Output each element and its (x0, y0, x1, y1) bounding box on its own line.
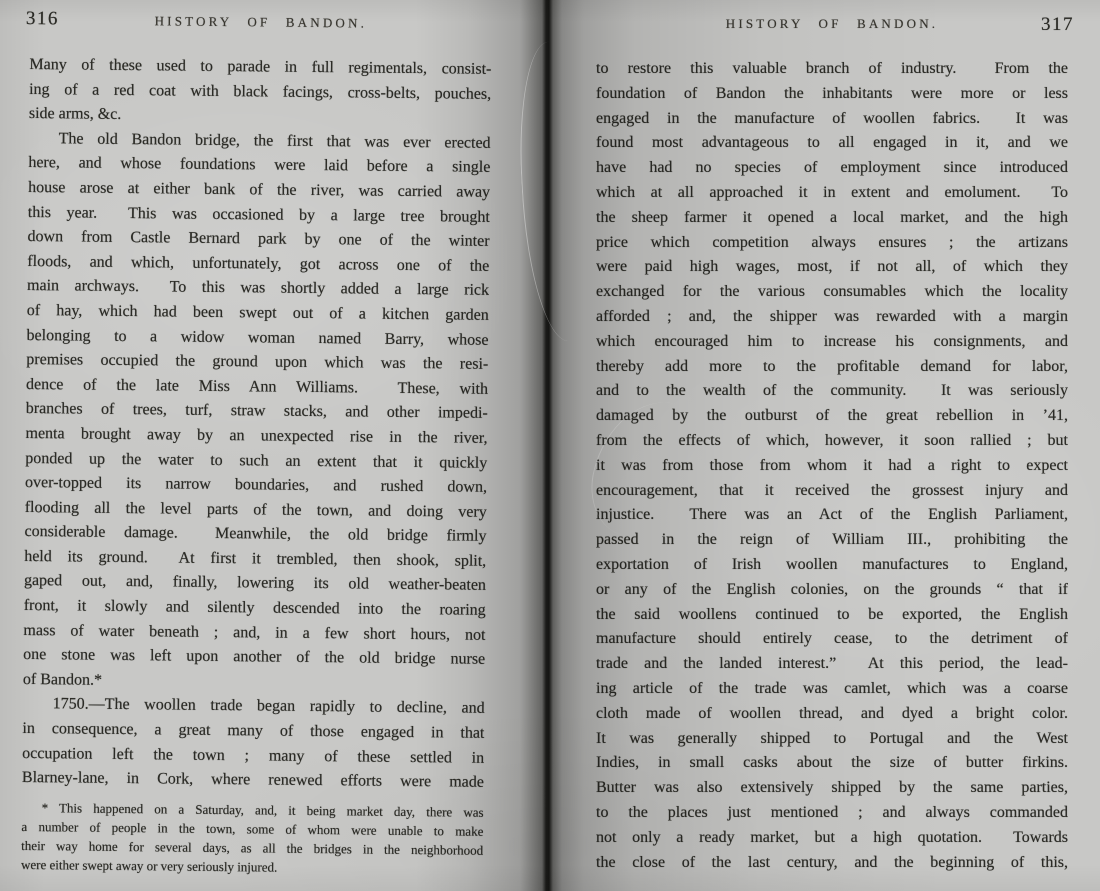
text-line: which encouraged him to increase his con… (596, 330, 1068, 355)
text-line: and to the wealth of the community. It w… (596, 379, 1068, 404)
text-line: passed in the reign of William III., pro… (596, 528, 1068, 553)
text-line: the close of the last century, and the b… (596, 851, 1068, 876)
text-line: to restore this valuable branch of indus… (596, 57, 1068, 82)
right-running-header-title: HISTORY OF BANDON. (596, 12, 1068, 32)
book-scan: 316 HISTORY OF BANDON. Many of these use… (0, 0, 1100, 891)
left-page-body: Many of these used to parade in full reg… (22, 53, 492, 796)
left-page-footnote: * This happened on a Saturday, and, it b… (21, 798, 484, 879)
text-line: the sheep farmer it opened a local marke… (596, 206, 1068, 231)
text-line: engaged in the manufacture of woollen fa… (596, 107, 1068, 132)
text-line: exportation of Irish woollen manufacture… (596, 553, 1068, 578)
text-line: foundation of Bandon the inhabitants wer… (596, 82, 1068, 107)
text-line: from the effects of which, however, it s… (596, 429, 1068, 454)
text-line: to the places just mentioned ; and alway… (596, 801, 1068, 826)
text-line: were paid high wages, most, if not all, … (596, 255, 1068, 280)
text-line: the said woollens continued to be export… (596, 603, 1068, 628)
right-page: HISTORY OF BANDON. 317 to restore this v… (596, 12, 1068, 875)
left-page-number: 316 (26, 8, 59, 30)
text-line: thereby add more to the profitable deman… (596, 355, 1068, 380)
text-line: afforded ; and, the shipper was rewarded… (596, 305, 1068, 330)
text-line: manufacture should entirely cease, to th… (596, 627, 1068, 652)
text-line: it was from those from whom it had a rig… (596, 454, 1068, 479)
left-running-head: 316 HISTORY OF BANDON. (30, 8, 492, 35)
text-line: found most advantageous to all engaged i… (596, 131, 1068, 156)
text-line: damaged by the outburst of the great reb… (596, 404, 1068, 429)
text-line: Blarney-lane, in Cork, where renewed eff… (22, 766, 484, 795)
left-page: 316 HISTORY OF BANDON. Many of these use… (21, 8, 492, 879)
text-line: Indies, in small casks about the size of… (596, 751, 1068, 776)
scan-fiber-artifact (514, 41, 579, 343)
text-line: exchanged for the various consumables wh… (596, 280, 1068, 305)
text-line: cloth made of woollen thread, and dyed a… (596, 702, 1068, 727)
right-running-head: HISTORY OF BANDON. 317 (596, 12, 1068, 34)
text-line: injustice. There was an Act of the Engli… (596, 503, 1068, 528)
left-running-header-title: HISTORY OF BANDON. (30, 8, 492, 33)
text-line: have had no species of employment since … (596, 156, 1068, 181)
text-line: encouragement, that it received the gros… (596, 479, 1068, 504)
text-line: price which competition always ensures ;… (596, 231, 1068, 256)
text-line: trade and the landed interest.” At this … (596, 652, 1068, 677)
text-line: which at all approached it in extent and… (596, 181, 1068, 206)
text-line: or any of the English colonies, on the g… (596, 578, 1068, 603)
right-page-number: 317 (1041, 14, 1074, 36)
text-line: Butter was also extensively shipped by t… (596, 776, 1068, 801)
right-page-body: to restore this valuable branch of indus… (596, 57, 1068, 875)
text-line: not only a ready market, but a high quot… (596, 826, 1068, 851)
text-line: ing article of the trade was camlet, whi… (596, 677, 1068, 702)
text-line: It was generally shipped to Portugal and… (596, 727, 1068, 752)
